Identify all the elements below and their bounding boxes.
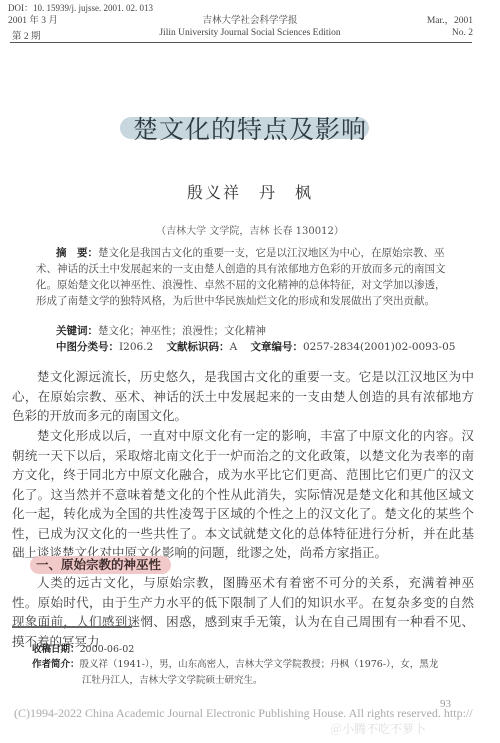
abstract-text: 楚文化是我国古文化的重要一支，它是以江汉地区为中心，在原始宗教、巫术、神话的沃土… xyxy=(36,247,446,307)
paragraph-1: 楚文化源远流长，历史悠久，是我国古文化的重要一支。它是以江汉地区为中心，在原始宗… xyxy=(12,367,474,426)
keywords-text: 楚文化；神巫性；浪漫性；文化精神 xyxy=(98,325,266,337)
received-value: 2000-06-02 xyxy=(80,644,135,655)
keywords: 关键词：楚文化；神巫性；浪漫性；文化精神 xyxy=(56,323,266,338)
author-bio: 作者简介：殷义祥（1941-），男，山东高密人，吉林大学文学院教授；丹枫（197… xyxy=(32,657,472,689)
copyright-notice: (C)1994-2022 China Academic Journal Elec… xyxy=(14,706,473,721)
received-label: 收稿日期： xyxy=(32,644,80,655)
clc-label: 中图分类号： xyxy=(56,341,119,353)
article-title: 楚文化的特点及影响 xyxy=(0,110,500,146)
affiliation: （吉林大学 文学院，吉林 长春 130012） xyxy=(0,222,500,237)
issue-date-en: Mar.，2001 xyxy=(427,12,473,26)
paragraph-2: 楚文化形成以后，一直对中原文化有一定的影响，丰富了中原文化的内容。汉朝统一天下以… xyxy=(12,426,474,563)
author-bio-line2: 江牡丹江人，吉林大学文学院硕士研究生。 xyxy=(32,673,472,689)
received-date: 收稿日期：2000-06-02 xyxy=(32,641,134,655)
journal-name-en: Jilin University Journal Social Sciences… xyxy=(0,28,500,38)
journal-name-cn: 吉林大学社会科学学报 xyxy=(0,12,500,26)
doc-code-label: 文献标识码： xyxy=(167,341,230,353)
section-heading-1: 一、原始宗教的神巫性 xyxy=(30,556,171,574)
footnote-rule xyxy=(12,626,132,628)
issue-number-en: No. 2 xyxy=(452,28,473,38)
authors: 殷义祥 丹 枫 xyxy=(0,180,500,203)
abstract-label: 摘 要： xyxy=(56,247,98,259)
abstract: 摘 要：楚文化是我国古文化的重要一支，它是以江汉地区为中心，在原始宗教、巫术、神… xyxy=(36,245,451,309)
clc-value: I206.2 xyxy=(119,341,153,353)
article-no-value: 0257-2834(2001)02-0093-05 xyxy=(303,341,455,353)
doc-code-value: A xyxy=(230,341,238,353)
article-no-label: 文章编号： xyxy=(251,341,304,353)
paragraph-3: 人类的远古文化，与原始宗教，图腾巫术有着密不可分的关系，充满着神巫性。原始时代，… xyxy=(12,573,474,651)
author-bio-label: 作者简介： xyxy=(32,659,80,670)
author-bio-line1: 殷义祥（1941-），男，山东高密人，吉林大学文学院教授；丹枫（1976-），女… xyxy=(80,659,439,670)
header-rule xyxy=(10,42,472,43)
classification: 中图分类号：I206.2 文献标识码：A 文章编号：0257-2834(2001… xyxy=(56,339,455,354)
keywords-label: 关键词： xyxy=(56,325,98,337)
watermark: ＠小腾不吃不萝卜 xyxy=(330,720,426,737)
